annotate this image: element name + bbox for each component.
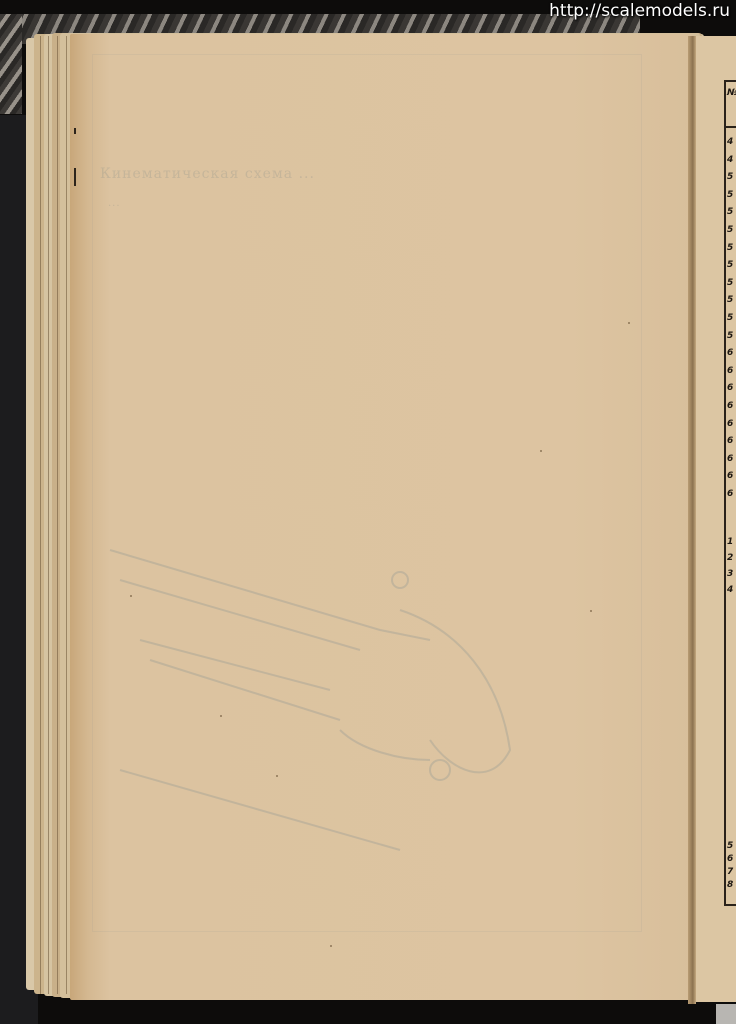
page-edge (57, 36, 58, 994)
paper-speck (276, 775, 278, 777)
table-row-number: 5 (727, 841, 733, 851)
table-row-number: 4 (727, 155, 733, 165)
table-row-number: 6 (727, 454, 733, 464)
table-row-number: 4 (727, 137, 733, 147)
table-row-number: 2 (727, 553, 733, 563)
table-row-number: 6 (727, 854, 733, 864)
page-edge (40, 36, 41, 994)
table-header: № (727, 88, 736, 98)
bleed-through-subtitle: ... (108, 198, 121, 209)
table-row-number: 7 (727, 867, 733, 877)
paper-speck (628, 322, 630, 324)
paper-speck (130, 595, 132, 597)
bleed-through-title: Кинематическая схема ... (100, 166, 315, 182)
table-row-number: 6 (727, 383, 733, 393)
table-row-number: 5 (727, 295, 733, 305)
cloth-background-left (0, 14, 22, 114)
page-edge (48, 36, 49, 994)
watermark: http://scalemodels.ru (549, 1, 730, 21)
table-row-number: 6 (727, 436, 733, 446)
table-row-number: 6 (727, 489, 733, 499)
background-corner (716, 1004, 736, 1024)
binding-mark (74, 168, 76, 186)
table-row-number: 4 (727, 585, 733, 595)
table-row-number: 5 (727, 278, 733, 288)
table-row-number: 5 (727, 172, 733, 182)
table-row-number: 5 (727, 190, 733, 200)
table-row-number: 6 (727, 471, 733, 481)
table-row-number: 8 (727, 880, 733, 890)
paper-speck (220, 715, 222, 717)
bleed-through-drawing (100, 520, 540, 860)
table-row-number: 5 (727, 207, 733, 217)
table-row-number: 6 (727, 348, 733, 358)
book-gutter (688, 36, 696, 1004)
paper-speck (590, 610, 592, 612)
binding-mark (74, 128, 76, 134)
table-row-number: 5 (727, 313, 733, 323)
table-header-rule (724, 126, 736, 128)
table-row-number: 6 (727, 366, 733, 376)
table-row-number: 6 (727, 419, 733, 429)
table-row-number: 5 (727, 243, 733, 253)
table-row-number: 5 (727, 225, 733, 235)
table-row-number: 5 (727, 331, 733, 341)
table-row-number: 6 (727, 401, 733, 411)
table-row-number: 5 (727, 260, 733, 270)
paper-speck (330, 945, 332, 947)
table-row-number: 3 (727, 569, 733, 579)
paper-speck (540, 450, 542, 452)
table-row-number: 1 (727, 537, 733, 547)
page-edge (66, 36, 67, 994)
